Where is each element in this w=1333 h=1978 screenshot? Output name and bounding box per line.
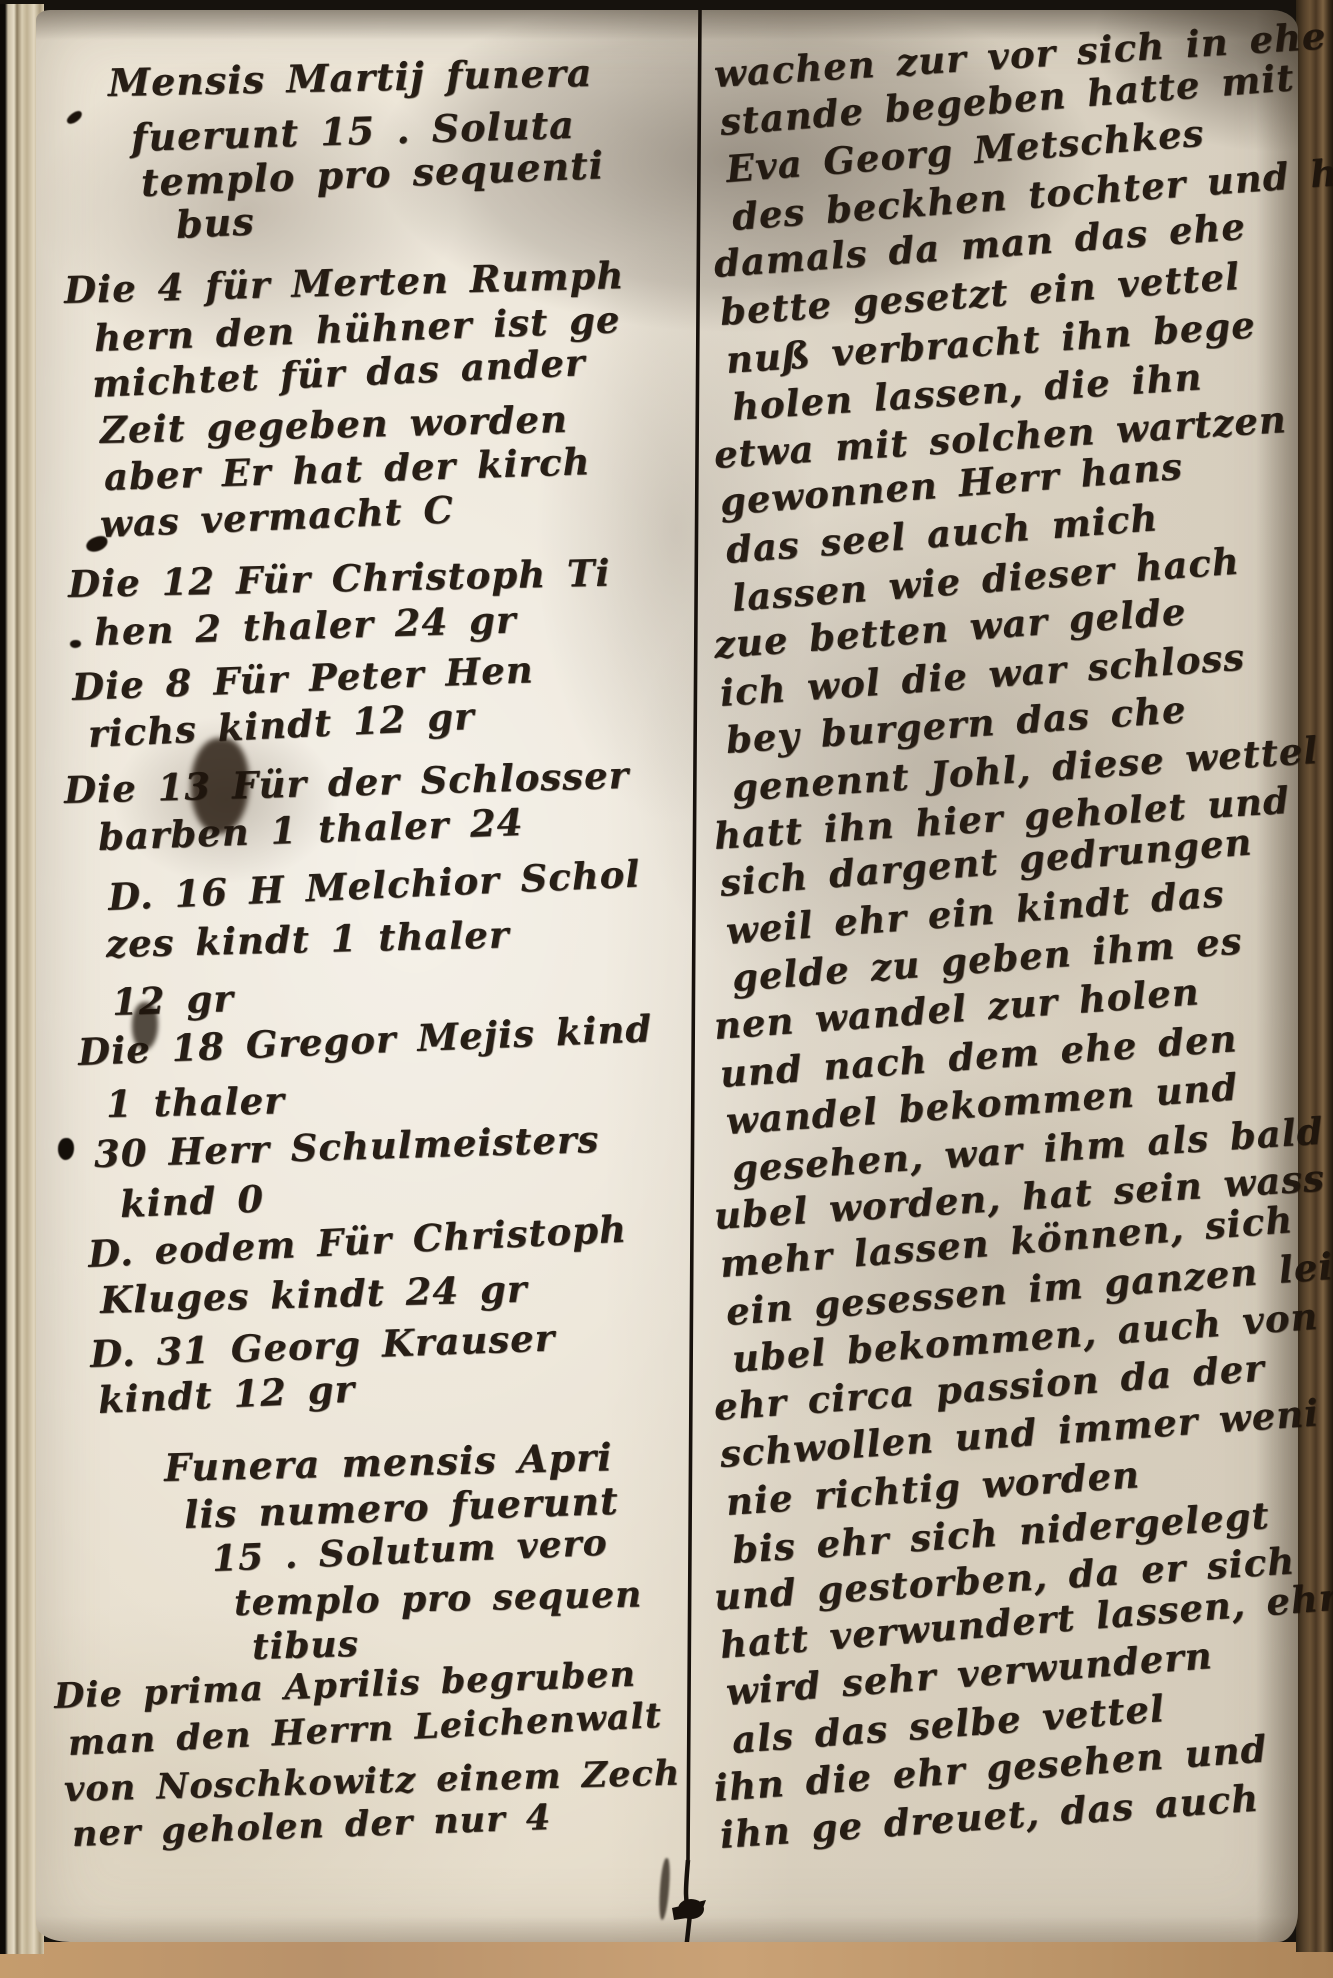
book-fore-edge-right xyxy=(1296,0,1333,1952)
manuscript-photo: Mensis Martij funerafuerunt 15 . Solutat… xyxy=(0,0,1333,1978)
manuscript-text-line: kind 0 xyxy=(119,1176,265,1225)
manuscript-text-line: tibus xyxy=(251,1623,359,1668)
manuscript-text-line: bus xyxy=(175,198,256,247)
manuscript-text-line: 1 thaler xyxy=(106,1078,286,1126)
manuscript-text-line: templo pro sequen xyxy=(234,1573,643,1624)
table-surface xyxy=(0,1942,1333,1978)
manuscript-text-line: 12 gr xyxy=(111,976,234,1024)
manuscript-page: Mensis Martij funerafuerunt 15 . Solutat… xyxy=(36,10,1298,1942)
